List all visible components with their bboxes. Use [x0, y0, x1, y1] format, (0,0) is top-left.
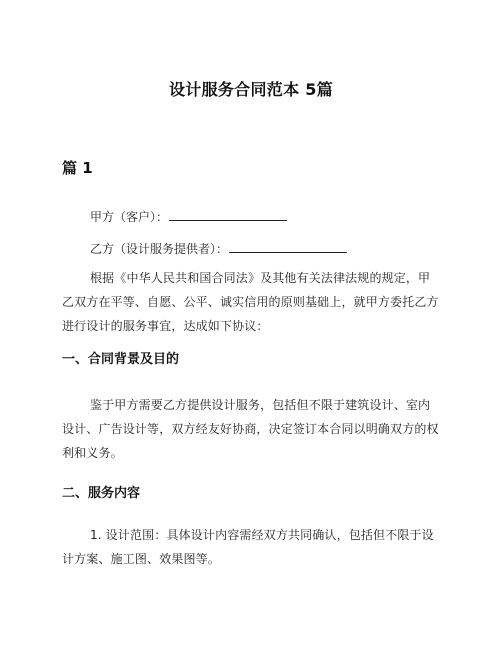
intro-paragraph: 根据《中华人民共和国合同法》及其他有关法律法规的规定，甲乙双方在平等、自愿、公平…	[62, 266, 440, 338]
party-a-field: 甲方（客户）：	[90, 208, 287, 225]
party-b-label: 乙方（设计服务提供者）：	[90, 242, 228, 256]
section-heading-services: 二、服务内容	[62, 482, 140, 501]
services-paragraph: 1. 设计范围：具体设计内容需经双方共同确认，包括但不限于设计方案、施工图、效果…	[62, 523, 440, 571]
party-a-label: 甲方（客户）：	[90, 210, 168, 224]
section-heading-background: 一、合同背景及目的	[62, 348, 179, 367]
section-title: 篇 1	[62, 157, 93, 178]
party-b-blank	[229, 240, 347, 253]
document-page: 设计服务合同范本 5篇 篇 1 甲方（客户）： 乙方（设计服务提供者）： 根据《…	[0, 0, 502, 649]
document-title: 设计服务合同范本 5篇	[0, 77, 502, 100]
party-a-blank	[169, 208, 287, 221]
party-b-field: 乙方（设计服务提供者）：	[90, 240, 347, 257]
background-paragraph: 鉴于甲方需要乙方提供设计服务，包括但不限于建筑设计、室内设计、广告设计等，双方经…	[62, 393, 440, 465]
